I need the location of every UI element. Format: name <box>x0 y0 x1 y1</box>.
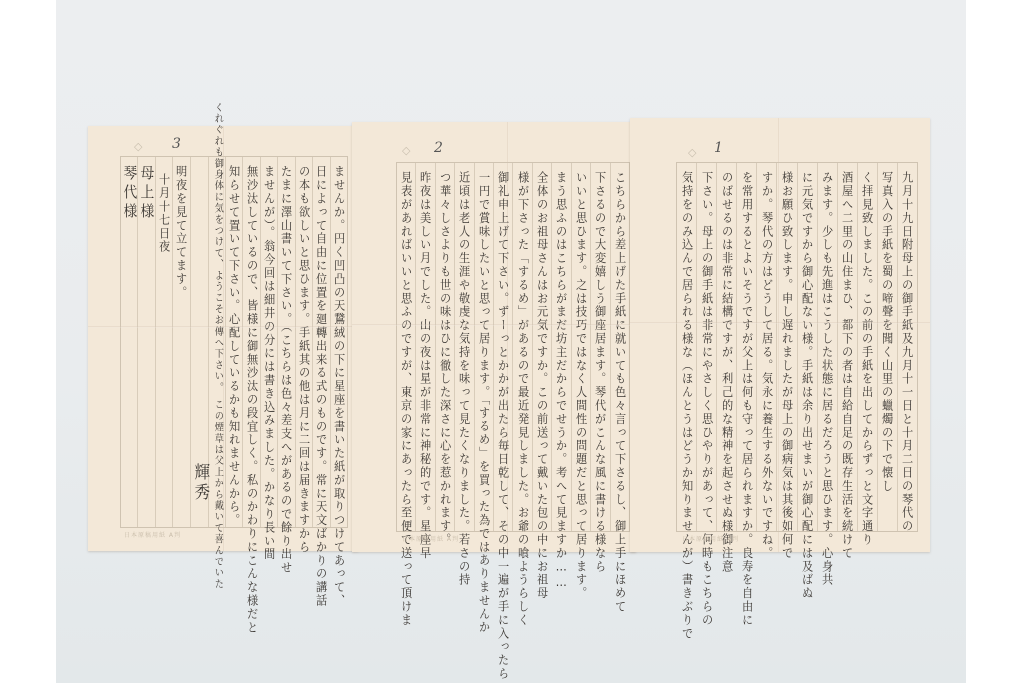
text-column: 日によって自由に位置を廻轉出来る式のものです。常に天文ばかりの講話 <box>312 157 329 527</box>
text-column: つ華々しさよりも世の味はひに徹した深さに心を惹かれます。 <box>435 163 454 531</box>
text-column: 気持をのみ込んで居られる様な（ほんとうはどうか知りませんが）書きぶりで <box>677 163 696 531</box>
paper-maker-print: 日本原稿用紙 A判 <box>682 534 739 543</box>
text-column: まう思ふのはこちらがまだ坊主だからでせうか。考へて見ますか…… <box>551 163 570 531</box>
text-column: ませんが）。翁今回は細井の分には書き込みました。かなり長い間 <box>260 157 277 527</box>
addressee-column: 母上様 <box>137 157 154 527</box>
text-column: の本も欲しいと思ひます。手紙其の他は月に二回は届きますから <box>295 157 312 527</box>
page-mark-icon: ◇ <box>688 146 696 159</box>
addressee-kotoyo: 琴代様 <box>122 157 136 527</box>
date-column: 十月十七日夜 <box>155 157 172 527</box>
text-column: たまに澤山書いて下さい。（こちらは色々差支へがあるので餘り出せ <box>277 157 294 527</box>
text-column: くれぐれも御身体に気をつけて、ようこそお傳へ下さい。 この煙草は父上から戴いて喜… <box>208 157 225 527</box>
text-column: 近頃は老人の生涯や敬虔な気持を味って見たくなりました。若さの持 <box>454 163 473 531</box>
text-column: 写真入の手紙を蜀の啼聲を聞く山里の蠟燭の下で懐し <box>877 163 897 531</box>
page-number: 2 <box>434 140 443 156</box>
text-column: 下さい。母上の御手紙は非常にやさしく思ひやりがあって、何時もこちらの <box>696 163 716 531</box>
text-column: を常用するとよいそうですが父上は何も守って居られますか。良寿を自由に <box>736 163 756 531</box>
text-column: 無沙汰しているので、皆様に御無沙汰の段宜しく。私のかわりにこんな様だと <box>242 157 259 527</box>
text-column: 一円で賞味したいと思って居ります。「するめ」を買った為ではありませんか <box>474 163 493 531</box>
text-column: 明夜を見て立てます。 <box>172 157 189 527</box>
manuscript-grid: ませんか。円く凹凸の天鵞絨の下に星座を書いた紙が取りつけてあって、 日によって自… <box>120 156 348 528</box>
sheet-page-3: ◇ 3 ませんか。円く凹凸の天鵞絨の下に星座を書いた紙が取りつけてあって、 日に… <box>88 126 358 551</box>
manuscript-grid: こちらから差上げた手紙に就いても色々言って下さるし、御上手にほめて 下さるので大… <box>396 162 630 532</box>
text-column: 九月十九日附母上の御手紙及九月十一日と十月二日の琴代の <box>897 163 917 531</box>
page-mark-icon: ◇ <box>134 140 142 153</box>
text-column: のばせるのは非常に結構ですが、利己的な精神を起させぬ様御注意 <box>716 163 736 531</box>
letter-date: 十月十七日夜 <box>158 157 169 527</box>
text-column: 御礼申上げて下さい。ずーっとかかが出たら毎日乾して、その中一遍が手に入ったら <box>493 163 512 531</box>
addressee-column: 琴代様 <box>121 157 137 527</box>
text-column: こちらから差上げた手紙に就いても色々言って下さるし、御上手にほめて <box>610 163 629 531</box>
text-column: みます。少しも先進はこうした状態に居るだろうと思ひます。心身共 <box>817 163 837 531</box>
text-column: 様お願ひ致します。申し遅れましたが母上の御病気は其後如何で <box>776 163 796 531</box>
paper-maker-print: 日本原稿用紙 A判 <box>124 530 181 539</box>
manuscript-grid: 九月十九日附母上の御手紙及九月十一日と十月二日の琴代の 写真入の手紙を蜀の啼聲を… <box>676 162 918 532</box>
text-column: 見表があればいいと思ふのですが、東京の家にあったら至便で送って頂けま <box>397 163 415 531</box>
text-column: に元気ですから御心配ない様。手紙は余り出せまいが御心配には及ばぬ <box>797 163 817 531</box>
sheet-page-2: ◇ 2 こちらから差上げた手紙に就いても色々言って下さるし、御上手にほめて 下さ… <box>352 122 636 552</box>
text-column: ませんか。円く凹凸の天鵞絨の下に星座を書いた紙が取りつけてあって、 <box>330 157 347 527</box>
text-column: 様が下さった「するめ」があるので最近発見しました。お爺の喰ようらしく <box>512 163 531 531</box>
signature: 輝秀 <box>191 455 207 527</box>
signature-column: 輝秀 <box>190 157 208 527</box>
page-number: 3 <box>172 136 181 152</box>
paper-maker-print: 日本原稿用紙 A判 <box>402 534 459 543</box>
text-column: いいと思ひます。之は技巧ではなく人間性の問題だと思って居ります。 <box>571 163 590 531</box>
text-column: 昨夜は美しい月でした。山の夜は星が非常に神秘的です。星座早 <box>415 163 434 531</box>
text-column: 知らせて置いて下さい。心配しているかも知れませんから。 <box>225 157 242 527</box>
text-column: 下さるので大変嬉しう御座居ます。琴代がこんな風に書ける様なら <box>590 163 609 531</box>
text-column: 全体のお祖母さんはお元気ですか。この前送って戴いた包の中にお祖母 <box>532 163 551 531</box>
addressee-mother: 母上様 <box>140 157 154 527</box>
text-column: く拝見致しました。この前の手紙を出してからずっと文字通り <box>857 163 877 531</box>
text-column: すか。琴代の方はどうして居る。気永に養生する外ないですね。 <box>756 163 776 531</box>
page-number: 1 <box>714 140 723 156</box>
text-column: 酒屋へ二里の山住まひ、都下の者は自給自足の既存生活を続けて <box>837 163 857 531</box>
page-mark-icon: ◇ <box>402 144 410 157</box>
sheet-page-1: ◇ 1 九月十九日附母上の御手紙及九月十一日と十月二日の琴代の 写真入の手紙を蜀… <box>630 118 930 552</box>
